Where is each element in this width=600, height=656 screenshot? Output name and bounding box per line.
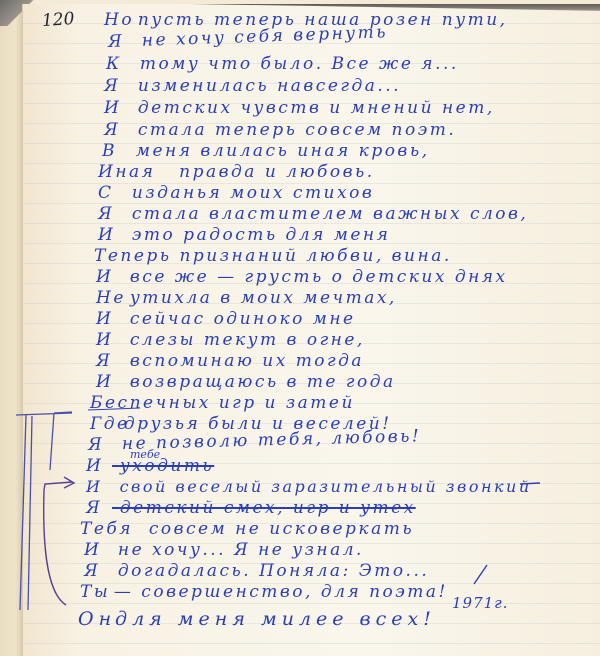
arrow-icon (44, 477, 74, 605)
question-mark-underline (520, 483, 540, 484)
underline-mark (88, 408, 140, 410)
exclamation-stroke (474, 565, 487, 584)
margin-brackets (0, 0, 600, 656)
